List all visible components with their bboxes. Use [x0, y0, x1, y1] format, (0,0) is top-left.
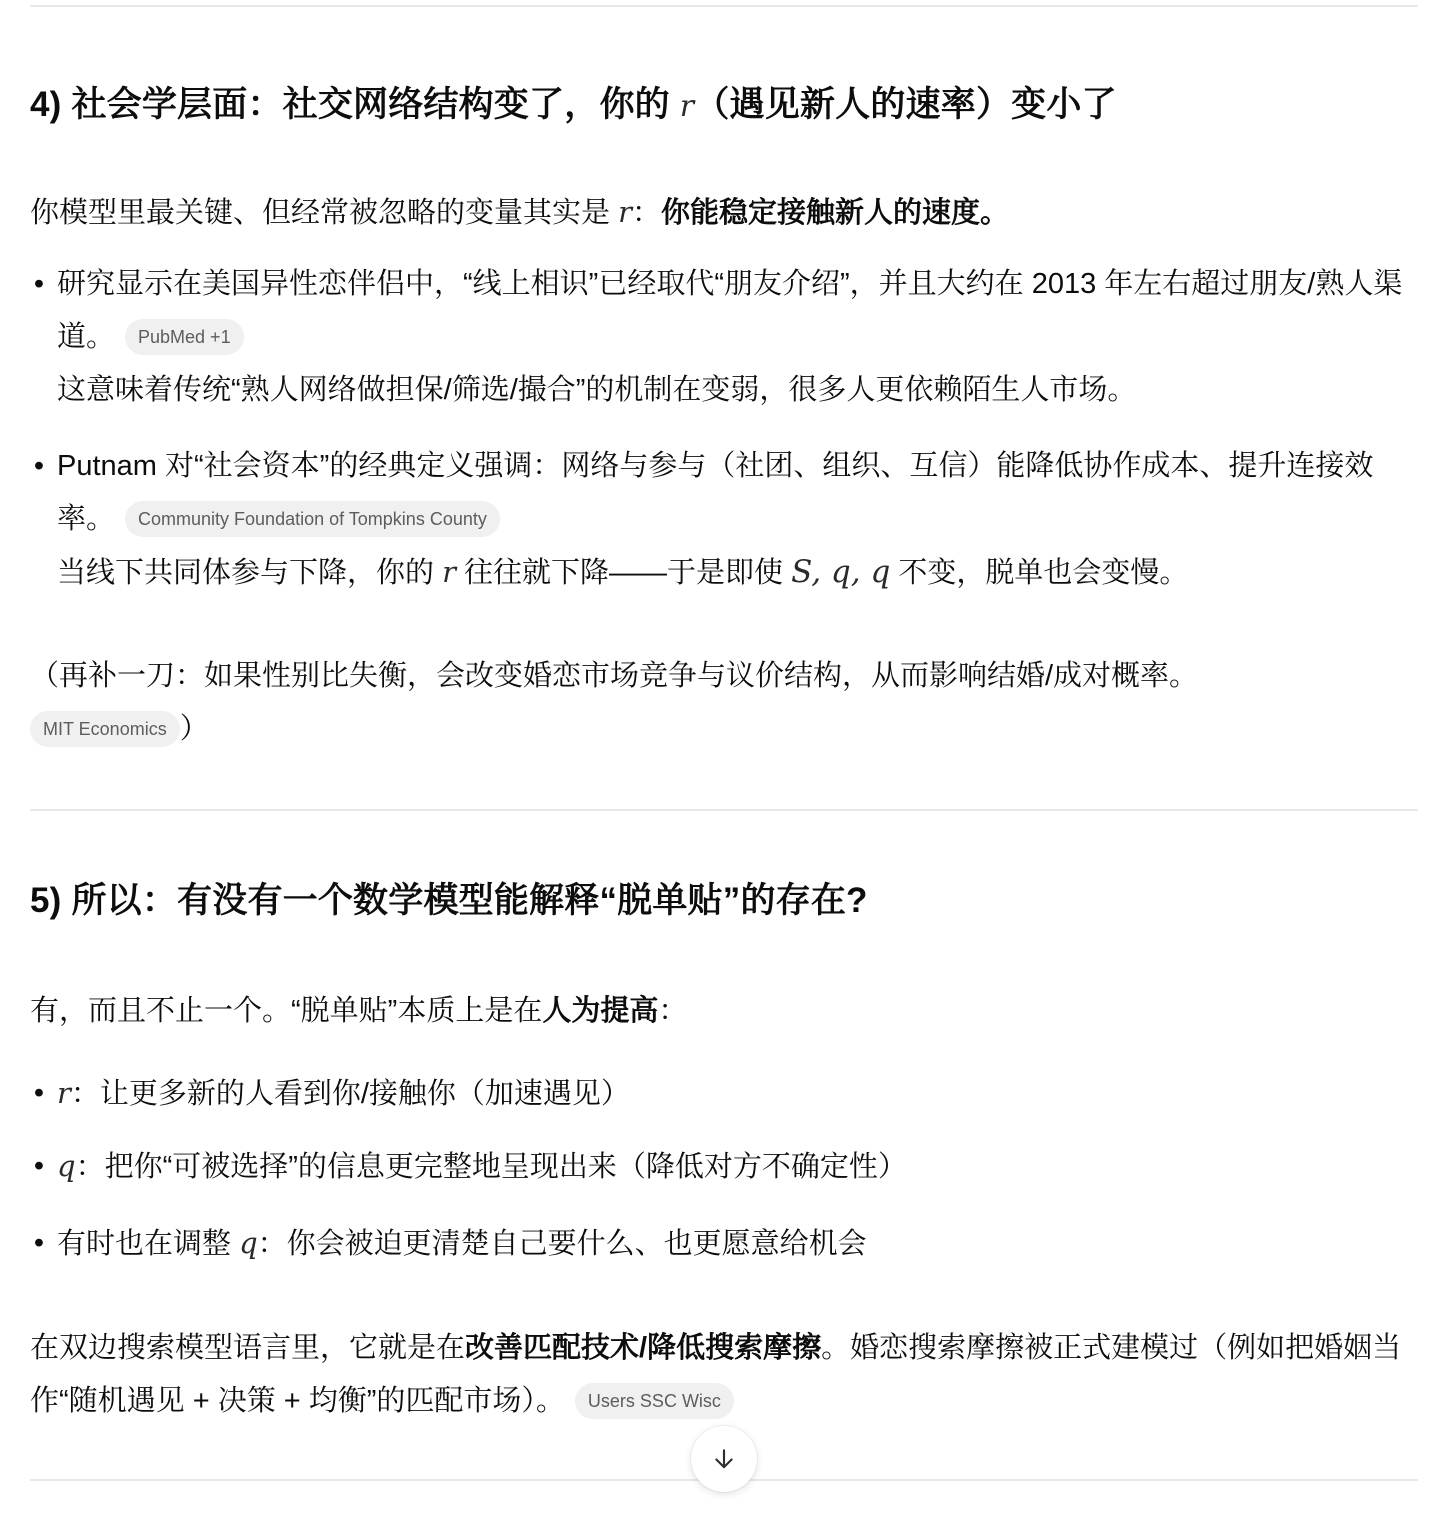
- sex-ratio-aside: （再补一刀：如果性别比失衡，会改变婚恋市场竞争与议价结构，从而影响结婚/成对概率…: [30, 650, 1420, 756]
- bullet-icon: •: [30, 1217, 48, 1270]
- section-4-heading: 4) 社会学层面：社交网络结构变了，你的 r（遇见新人的速率）变小了: [30, 84, 1117, 128]
- section-divider: [30, 809, 1418, 811]
- section-5-intro: 有，而且不止一个。“脱单贴”本质上是在人为提高：: [30, 985, 1420, 1038]
- bullet-icon: •: [30, 258, 48, 311]
- citation-chip-pubmed[interactable]: PubMed +1: [125, 319, 244, 355]
- citation-chip-mit-economics[interactable]: MIT Economics: [30, 711, 180, 747]
- bullet-icon: •: [30, 1140, 48, 1193]
- list-item-increase-q: • q：把你“可被选择”的信息更完整地呈现出来（降低对方不确定性）: [30, 1140, 1420, 1194]
- list-item-social-capital: • Putnam 对“社会资本”的经典定义强调：网络与参与（社团、组织、互信）能…: [30, 440, 1420, 600]
- bullet-icon: •: [30, 1067, 48, 1120]
- list-item-online-dating-study: • 研究显示在美国异性恋伴侣中，“线上相识”已经取代“朋友介绍”，并且大约在 2…: [30, 258, 1420, 417]
- scroll-to-bottom-button[interactable]: [691, 1426, 757, 1492]
- section-5-heading: 5) 所以：有没有一个数学模型能解释“脱单贴”的存在?: [30, 880, 868, 922]
- section-4-intro: 你模型里最关键、但经常被忽略的变量其实是 r：你能稳定接触新人的速度。: [30, 186, 1420, 240]
- key-variable-definition: 你能稳定接触新人的速度。: [661, 197, 1009, 229]
- section-divider-top: [30, 5, 1418, 7]
- citation-chip-community-foundation[interactable]: Community Foundation of Tompkins County: [125, 501, 500, 537]
- arrow-down-icon: [711, 1446, 737, 1472]
- list-item-increase-r: • r：让更多新的人看到你/接触你（加速遇见）: [30, 1067, 1420, 1121]
- citation-chip-ssc-wisc[interactable]: Users SSC Wisc: [575, 1383, 734, 1419]
- bullet-icon: •: [30, 440, 48, 493]
- list-item-adjust-q: • 有时也在调整 q：你会被迫更清楚自己要什么、也更愿意给机会: [30, 1217, 1420, 1271]
- search-friction-paragraph: 在双边搜索模型语言里，它就是在改善匹配技术/降低搜索摩擦。婚恋搜索摩擦被正式建模…: [30, 1322, 1420, 1428]
